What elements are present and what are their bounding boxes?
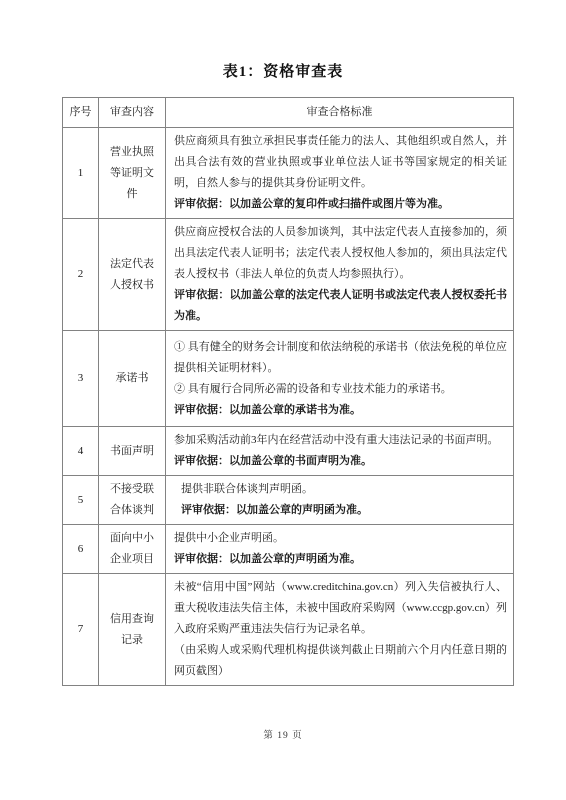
review-basis-text: 评审依据：以加盖公章的书面声明为准。 (174, 451, 507, 472)
row-number: 2 (63, 219, 99, 331)
standard-text: ② 具有履行合同所必需的设备和专业技术能力的承诺书。 (174, 379, 507, 400)
standard-cell: ① 具有健全的财务会计制度和依法纳税的承诺书（依法免税的单位应提供相关证明材料）… (166, 331, 514, 427)
standard-text: 未被“信用中国”网站（www.creditchina.gov.cn）列入失信被执… (174, 577, 507, 640)
qualification-review-table: 序号 审查内容 审查合格标准 1 营业执照等证明文件 供应商须具有独立承担民事责… (62, 97, 514, 686)
review-basis-text: 评审依据：以加盖公章的法定代表人证明书或法定代表人授权委托书为准。 (174, 285, 507, 327)
header-content: 审查内容 (99, 98, 166, 128)
row-number: 5 (63, 476, 99, 525)
table-row: 2 法定代表人授权书 供应商应授权合法的人员参加谈判，其中法定代表人直接参加的，… (63, 219, 514, 331)
page-title: 表1：资格审查表 (0, 0, 566, 81)
standard-text: 供应商须具有独立承担民事责任能力的法人、其他组织或自然人，并出具合法有效的营业执… (174, 131, 507, 194)
standard-text: 提供非联合体谈判声明函。 (174, 479, 507, 500)
row-number: 6 (63, 525, 99, 574)
table-row: 5 不接受联合体谈判 提供非联合体谈判声明函。 评审依据：以加盖公章的声明函为准… (63, 476, 514, 525)
review-content: 信用查询记录 (99, 574, 166, 686)
review-content: 书面声明 (99, 427, 166, 476)
review-basis-text: 评审依据：以加盖公章的承诺书为准。 (174, 400, 507, 421)
table-header-row: 序号 审查内容 审查合格标准 (63, 98, 514, 128)
review-basis-text: 评审依据：以加盖公章的复印件或扫描件或图片等为准。 (174, 194, 507, 215)
row-number: 7 (63, 574, 99, 686)
review-content: 营业执照等证明文件 (99, 128, 166, 219)
review-basis-text: 评审依据：以加盖公章的声明函为准。 (174, 500, 507, 521)
table-row: 6 面向中小企业项目 提供中小企业声明函。 评审依据：以加盖公章的声明函为准。 (63, 525, 514, 574)
table-row: 7 信用查询记录 未被“信用中国”网站（www.creditchina.gov.… (63, 574, 514, 686)
review-content: 不接受联合体谈判 (99, 476, 166, 525)
standard-cell: 未被“信用中国”网站（www.creditchina.gov.cn）列入失信被执… (166, 574, 514, 686)
review-content: 法定代表人授权书 (99, 219, 166, 331)
standard-text: 供应商应授权合法的人员参加谈判，其中法定代表人直接参加的，须出具法定代表人证明书… (174, 222, 507, 285)
header-no: 序号 (63, 98, 99, 128)
standard-cell: 供应商须具有独立承担民事责任能力的法人、其他组织或自然人，并出具合法有效的营业执… (166, 128, 514, 219)
standard-text: ① 具有健全的财务会计制度和依法纳税的承诺书（依法免税的单位应提供相关证明材料）… (174, 337, 507, 379)
table-row: 3 承诺书 ① 具有健全的财务会计制度和依法纳税的承诺书（依法免税的单位应提供相… (63, 331, 514, 427)
standard-text: 参加采购活动前3年内在经营活动中没有重大违法记录的书面声明。 (174, 430, 507, 451)
review-content: 承诺书 (99, 331, 166, 427)
row-number: 4 (63, 427, 99, 476)
header-standard: 审查合格标准 (166, 98, 514, 128)
standard-cell: 提供中小企业声明函。 评审依据：以加盖公章的声明函为准。 (166, 525, 514, 574)
page-number: 第 19 页 (0, 727, 566, 741)
table-row: 1 营业执照等证明文件 供应商须具有独立承担民事责任能力的法人、其他组织或自然人… (63, 128, 514, 219)
standard-note-text: （由采购人或采购代理机构提供谈判截止日期前六个月内任意日期的网页截图） (174, 640, 507, 682)
standard-cell: 供应商应授权合法的人员参加谈判，其中法定代表人直接参加的，须出具法定代表人证明书… (166, 219, 514, 331)
table-row: 4 书面声明 参加采购活动前3年内在经营活动中没有重大违法记录的书面声明。 评审… (63, 427, 514, 476)
standard-cell: 参加采购活动前3年内在经营活动中没有重大违法记录的书面声明。 评审依据：以加盖公… (166, 427, 514, 476)
standard-cell: 提供非联合体谈判声明函。 评审依据：以加盖公章的声明函为准。 (166, 476, 514, 525)
row-number: 3 (63, 331, 99, 427)
document-page: 表1：资格审查表 序号 审查内容 审查合格标准 1 营业执照等证明文件 供应商须… (0, 0, 566, 800)
row-number: 1 (63, 128, 99, 219)
review-content: 面向中小企业项目 (99, 525, 166, 574)
review-basis-text: 评审依据：以加盖公章的声明函为准。 (174, 549, 507, 570)
standard-text: 提供中小企业声明函。 (174, 528, 507, 549)
